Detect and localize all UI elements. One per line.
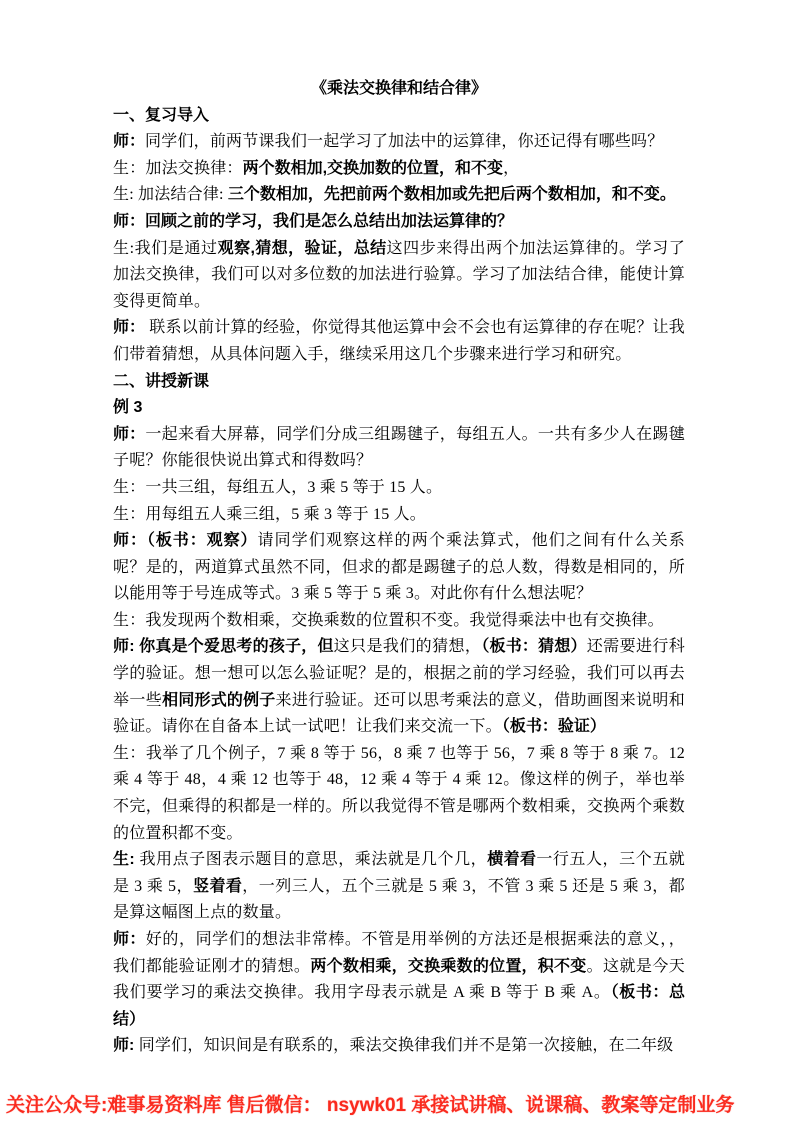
text-run: 生:我们是通过: [113, 240, 218, 257]
text-run: （板书：猜想）: [481, 638, 586, 655]
paragraph: 师: 你真是个爱思考的孩子，但这只是我们的猜想，（板书：猜想）还需要进行科学的验…: [113, 634, 685, 740]
document-content: 《乘法交换律和结合律》一、复习导入师：同学们，前两节课我们一起学习了加法中的运算…: [113, 76, 685, 1060]
promo-footer-text: 关注公众号:难事易资料库 售后微信： nsywk01 承接试讲稿、说课稿、教案等…: [6, 1095, 734, 1116]
text-run: 师: 你真是个爱思考的孩子，但: [113, 638, 334, 655]
paragraph: 师：回顾之前的学习，我们是怎么总结出加法运算律的？: [113, 209, 685, 236]
paragraph: 生:我们是通过观察,猜想，验证，总结这四步来得出两个加法运算律的。学习了加法交换…: [113, 236, 685, 316]
text-run: 师：: [113, 133, 145, 150]
text-run: 生: 加法结合律:: [113, 186, 228, 203]
doc-title: 《乘法交换律和结合律》: [113, 76, 685, 103]
text-run: 《乘法交换律和结合律》: [311, 80, 487, 97]
text-run: 师：: [113, 426, 145, 443]
paragraph: 师：一起来看大屏幕，同学们分成三组踢毽子，每组五人。一共有多少人在踢毽子呢？你能…: [113, 422, 685, 475]
text-run: 一、复习导入: [113, 107, 209, 124]
section-heading: 一、复习导入: [113, 103, 685, 130]
paragraph: 生：加法交换律：两个数相加,交换加数的位置，和不变，: [113, 156, 685, 183]
text-run: 两个数相加,交换加数的位置，和不变: [243, 160, 503, 177]
paragraph: 生：用每组五人乘三组，5 乘 3 等于 15 人。: [113, 502, 685, 529]
text-run: 同学们，知识间是有联系的，乘法交换律我们并不是第一次接触，在二年级: [139, 1037, 674, 1054]
text-run: 生：我发现两个数相乘，交换乘数的位置积不变。我觉得乘法中也有交换律。: [113, 612, 664, 629]
paragraph: 师： 联系以前计算的经验，你觉得其他运算中会不会也有运算律的存在呢？让我们带着猜…: [113, 315, 685, 368]
text-run: 师：（板书：观察）: [113, 532, 257, 549]
text-run: 一起来看大屏幕，同学们分成三组踢毽子，每组五人。一共有多少人在踢毽子呢？你能很快…: [113, 426, 685, 470]
text-run: 生：用每组五人乘三组，5 乘 3 等于 15 人。: [113, 506, 426, 523]
text-run: 生：加法交换律：: [113, 160, 243, 177]
text-run: 师:: [113, 1037, 139, 1054]
text-run: 生：一共三组，每组五人，3 乘 5 等于 15 人。: [113, 479, 442, 496]
text-run: 相同形式的例子: [162, 692, 275, 709]
text-run: 例 3: [113, 399, 142, 416]
text-run: 竖着看: [193, 878, 242, 895]
section-heading: 二、讲授新课: [113, 369, 685, 396]
paragraph: 师: 同学们，知识间是有联系的，乘法交换律我们并不是第一次接触，在二年级: [113, 1033, 685, 1060]
section-heading: 例 3: [113, 395, 685, 422]
text-run: 我用点子图表示题目的意思，乘法就是几个几，: [140, 851, 488, 868]
text-run: 横着看: [487, 851, 536, 868]
text-run: 三个数相加，先把前两个数相加或先把后两个数相加，和不变。: [228, 186, 676, 203]
paragraph: 生: 我用点子图表示题目的意思，乘法就是几个几，横着看一行五人，三个五就是 3 …: [113, 847, 685, 927]
text-run: 二、讲授新课: [113, 373, 209, 390]
promo-footer: 关注公众号:难事易资料库 售后微信： nsywk01 承接试讲稿、说课稿、教案等…: [6, 1095, 793, 1117]
text-run: （板书：验证）: [502, 718, 606, 735]
text-run: 观察,猜想，验证，总结: [218, 240, 387, 257]
paragraph: 生：我举了几个例子，7 乘 8 等于 56，8 乘 7 也等于 56，7 乘 8…: [113, 741, 685, 847]
paragraph: 师：好的，同学们的想法非常棒。不管是用举例的方法还是根据乘法的意义，，我们都能验…: [113, 927, 685, 1033]
text-run: 两个数相乘，交换乘数的位置，积不变: [310, 958, 586, 975]
text-run: 师：: [113, 319, 145, 336]
paragraph: 师：同学们，前两节课我们一起学习了加法中的运算律，你还记得有哪些吗？: [113, 129, 685, 156]
paragraph: 生：一共三组，每组五人，3 乘 5 等于 15 人。: [113, 475, 685, 502]
paragraph: 师：（板书：观察）请同学们观察这样的两个乘法算式，他们之间有什么关系呢？是的，两…: [113, 528, 685, 608]
text-run: 生:: [113, 851, 140, 868]
text-run: ，: [503, 160, 519, 177]
text-run: 师：: [113, 931, 146, 948]
text-run: 同学们，前两节课我们一起学习了加法中的运算律，你还记得有哪些吗？: [145, 133, 663, 150]
text-run: 师：回顾之前的学习，我们是怎么总结出加法运算律的？: [113, 213, 513, 230]
paragraph: 生：我发现两个数相乘，交换乘数的位置积不变。我觉得乘法中也有交换律。: [113, 608, 685, 635]
text-run: 生：我举了几个例子，7 乘 8 等于 56，8 乘 7 也等于 56，7 乘 8…: [113, 745, 685, 842]
text-run: 联系以前计算的经验，你觉得其他运算中会不会也有运算律的存在呢？让我们带着猜想，从…: [113, 319, 685, 363]
document-page: 《乘法交换律和结合律》一、复习导入师：同学们，前两节课我们一起学习了加法中的运算…: [0, 0, 793, 1122]
text-run: 这只是我们的猜想，: [334, 638, 482, 655]
paragraph: 生: 加法结合律: 三个数相加，先把前两个数相加或先把后两个数相加，和不变。: [113, 182, 685, 209]
